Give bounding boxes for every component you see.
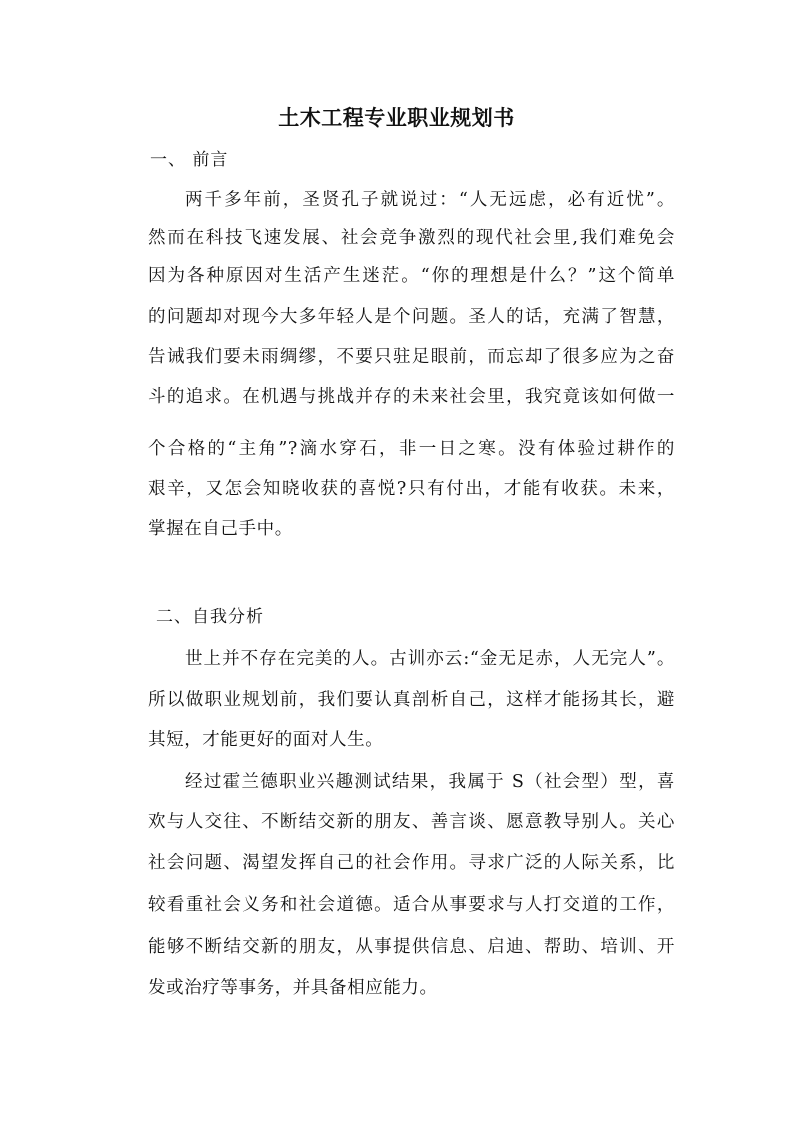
paragraph-line: 其短，才能更好的面对人生。 (148, 728, 383, 752)
document-title: 土木工程专业职业规划书 (0, 104, 793, 132)
paragraph-line: 的问题却对现今大多年轻人是个问题。圣人的话，充满了智慧， (148, 305, 675, 329)
document-page: 土木工程专业职业规划书 一、 前言 两千多年前，圣贤孔子就说过：“人无远虑，必有… (0, 0, 793, 1122)
paragraph-line: 欢与人交往、不断结交新的朋友、善言谈、愿意教导别人。关心 (148, 810, 675, 834)
paragraph-line: 较看重社会义务和社会道德。适合从事要求与人打交道的工作， (148, 893, 675, 917)
paragraph-line: 因为各种原因对生活产生迷茫。“你的理想是什么？”这个简单 (148, 264, 675, 288)
paragraph-line: 社会问题、渴望发挥自己的社会作用。寻求广泛的人际关系，比 (148, 851, 675, 875)
paragraph-line: 个合格的“主角”?滴水穿石，非一日之寒。没有体验过耕作的 (148, 437, 675, 461)
section-heading-preface: 一、 前言 (150, 148, 228, 172)
paragraph-line: 斗的追求。在机遇与挑战并存的未来社会里，我究竟该如何做一 (148, 385, 675, 409)
paragraph-line: 能够不断结交新的朋友，从事提供信息、启迪、帮助、培训、开 (148, 935, 675, 959)
paragraph-line: 艰辛，又怎会知晓收获的喜悦?只有付出，才能有收获。未来， (148, 477, 675, 501)
paragraph-line: 然而在科技飞速发展、社会竞争激烈的现代社会里,我们难免会 (148, 226, 675, 250)
paragraph-line: 发或治疗等事务，并具备相应能力。 (148, 976, 438, 1000)
paragraph-line: 两千多年前，圣贤孔子就说过：“人无远虑，必有近忧”。 (185, 188, 675, 212)
paragraph-line: 经过霍兰德职业兴趣测试结果，我属于 S（社会型）型，喜 (185, 770, 675, 794)
paragraph-line: 掌握在自己手中。 (148, 517, 293, 541)
paragraph-line: 告诫我们要未雨绸缪，不要只驻足眼前，而忘却了很多应为之奋 (148, 345, 675, 369)
paragraph-line: 世上并不存在完美的人。古训亦云:“金无足赤，人无完人”。 (185, 647, 675, 671)
paragraph-line: 所以做职业规划前，我们要认真剖析自己，这样才能扬其长，避 (148, 688, 675, 712)
section-heading-self-analysis: 二、自我分析 (156, 605, 264, 629)
